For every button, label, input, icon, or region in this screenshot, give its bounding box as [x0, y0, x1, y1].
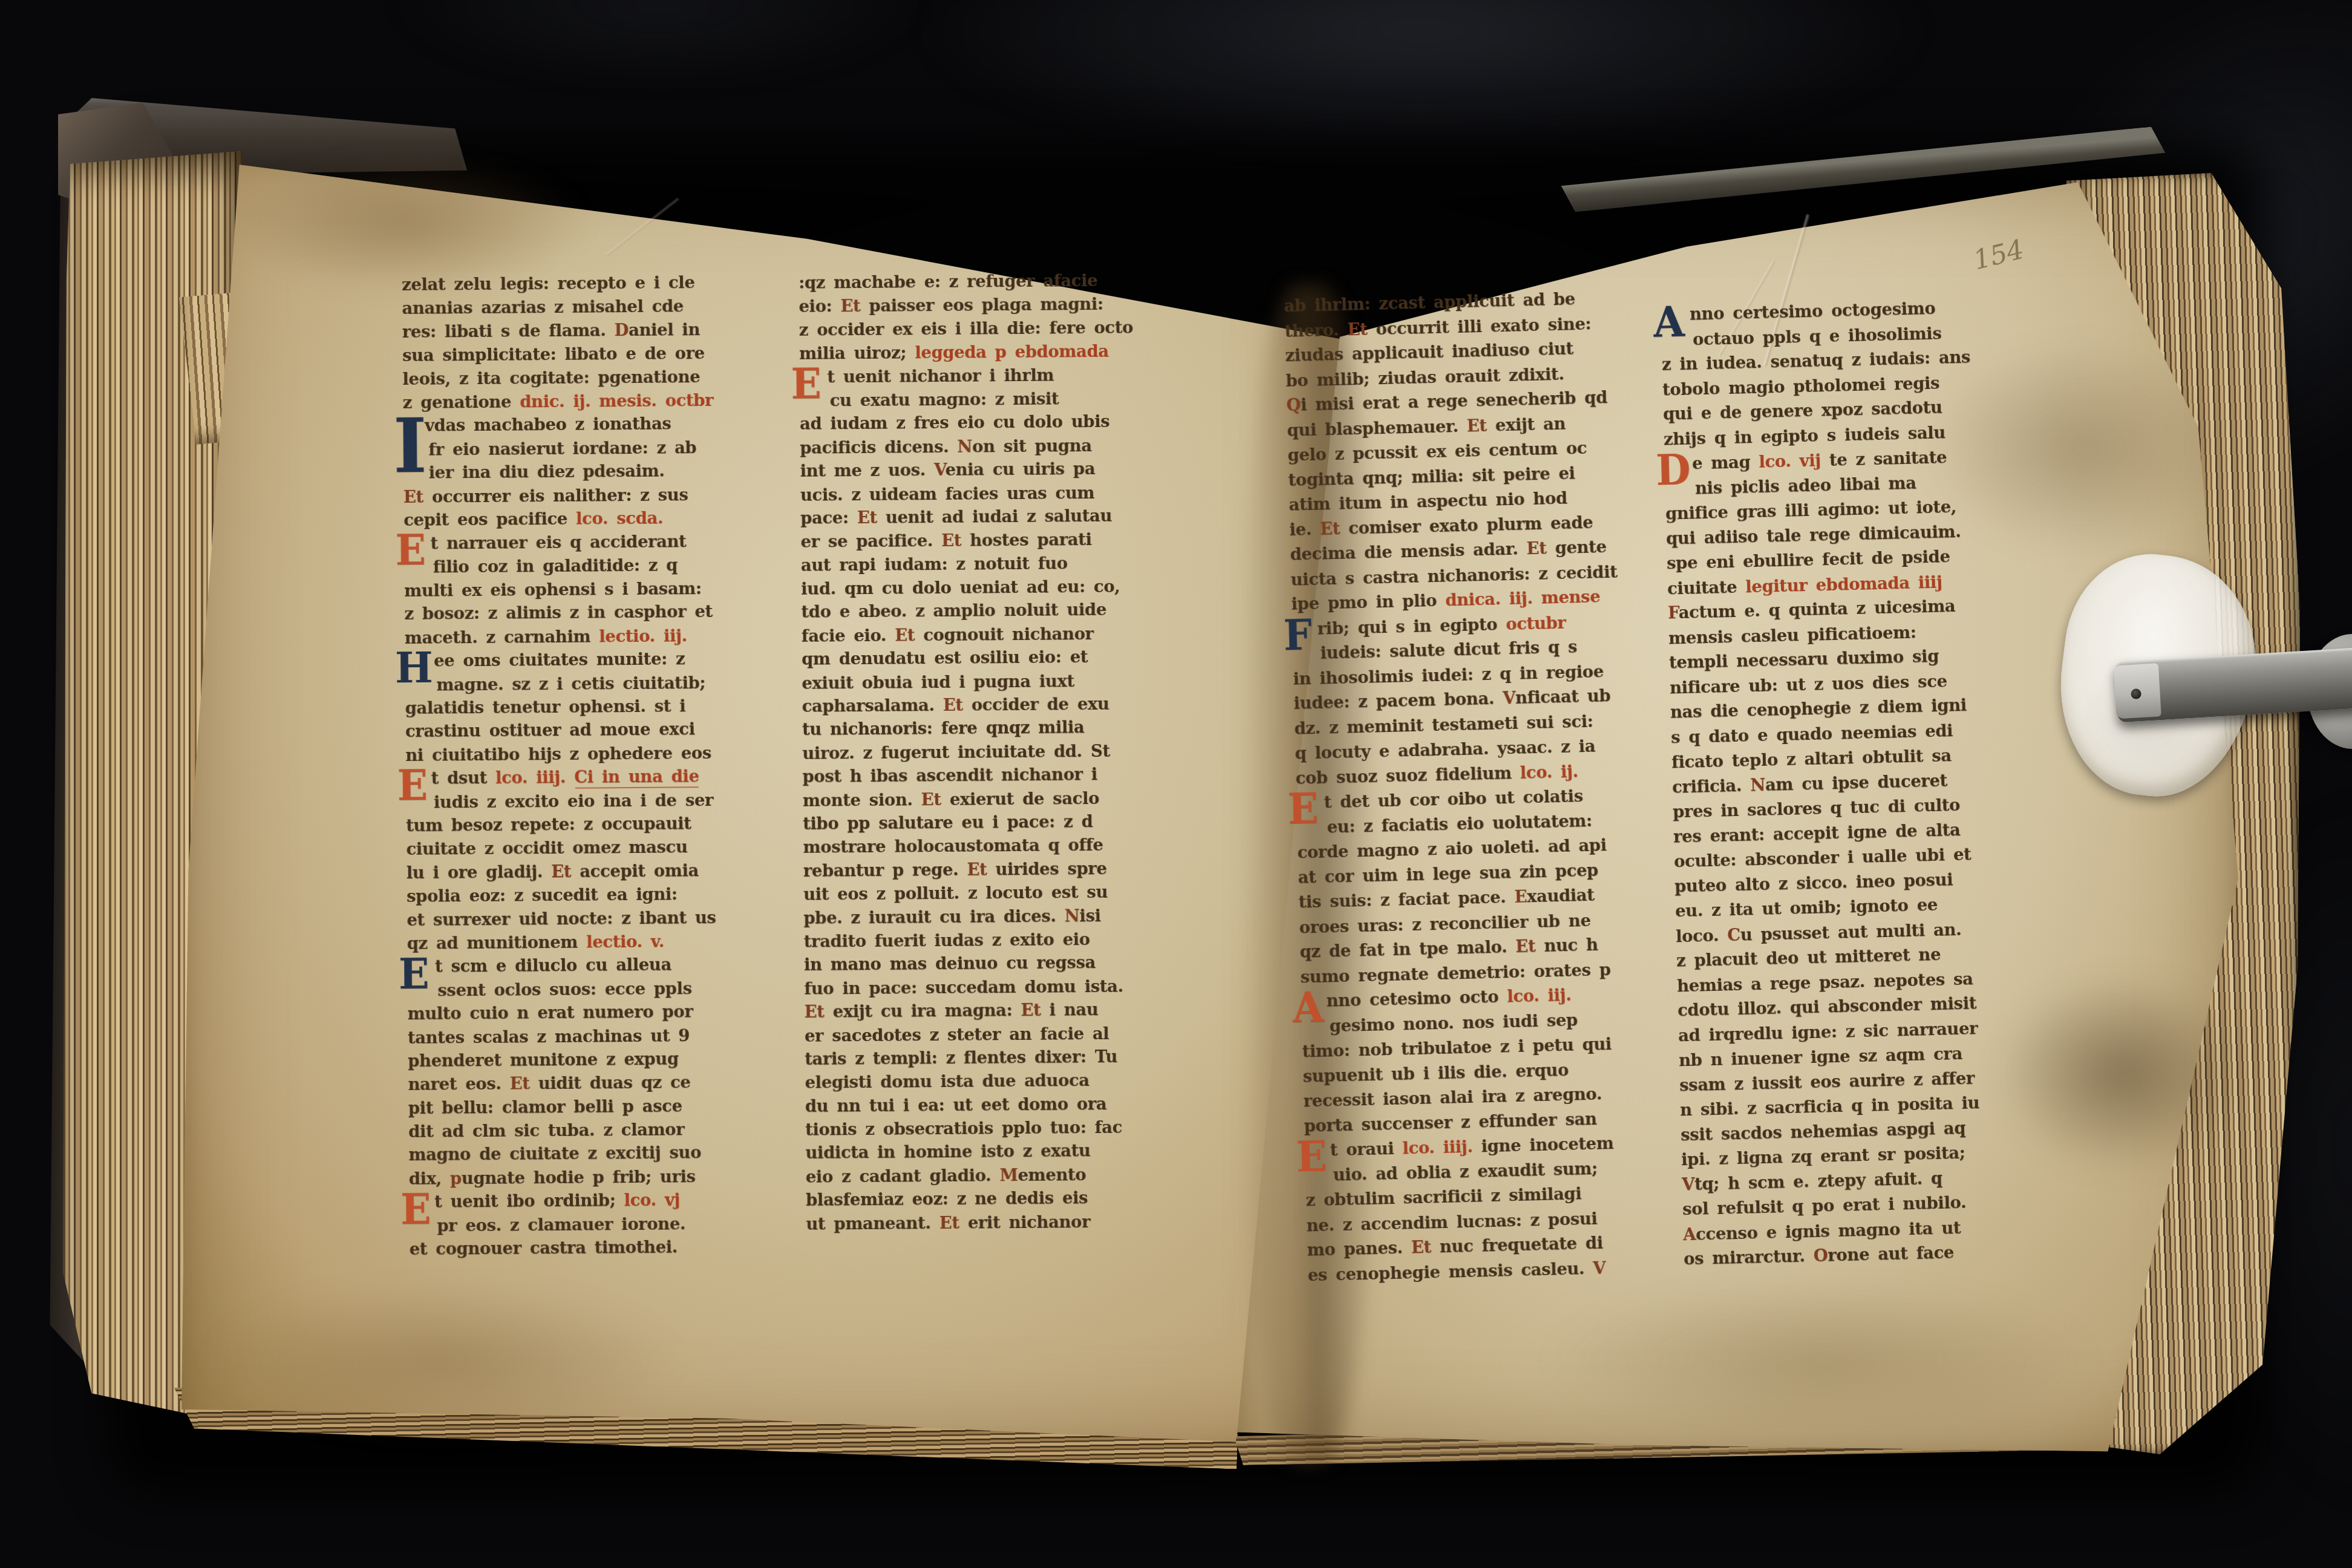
body-text: iudeis: salute dicut fris q s	[1320, 637, 1577, 664]
body-text: qm denudatu est osiliu eio: et	[802, 647, 1088, 669]
text-line: fuo in pace: succedam domu ista.	[804, 974, 1186, 1001]
body-text: exiuit obuia iud i pugna iuxt	[802, 670, 1074, 693]
text-line: filio coz in galaditide: z q	[404, 553, 794, 580]
text-line: spolia eoz: z sucedit ea igni:	[407, 882, 796, 909]
body-text: dz. z meminit testameti sui sci:	[1294, 711, 1593, 738]
text-line: tum besoz repete: z occupauit	[406, 811, 795, 838]
body-text: te z sanitate	[1820, 447, 1947, 470]
body-text: cognouit nichanor	[915, 623, 1094, 645]
body-text: rone aut face	[1828, 1243, 1954, 1266]
body-text: Et	[1411, 1237, 1431, 1258]
rubric-text: lco. vj	[624, 1190, 680, 1210]
body-text: post h ibas ascendit nichanor i	[802, 765, 1097, 787]
body-text: ficato teplo z altari obtulit sa	[1671, 745, 1952, 773]
body-text: t uenit ibo ordinib;	[434, 1191, 624, 1212]
illuminated-initial: H	[395, 647, 433, 689]
body-text: Et	[967, 860, 987, 880]
body-text: N	[1065, 906, 1080, 926]
body-text: M	[999, 1165, 1018, 1186]
body-text: ananias azarias z misahel cde	[402, 296, 684, 318]
body-text: uirides spre	[987, 858, 1106, 880]
body-text: Et	[840, 296, 860, 316]
body-text: nno certesimo octogesimo	[1690, 298, 1936, 324]
body-text: pit bellu: clamor belli p asce	[408, 1096, 682, 1119]
body-text: N	[1750, 774, 1766, 795]
text-line: ssent oclos suos: ecce ppls	[407, 976, 797, 1002]
body-text: tobolo magio ptholomei regis	[1662, 373, 1940, 399]
body-text: accepit omia	[571, 860, 699, 881]
rubric-text: octubr	[1506, 612, 1566, 634]
text-line: du nn tui i ea: ut eet domo ora	[805, 1092, 1187, 1119]
text-line: leois, z ita cogitate: pgenatione	[402, 364, 792, 391]
text-line: tdo e abeo. z amplio noluit uide	[801, 598, 1183, 624]
text-line: naret eos. Et uidit duas qz ce	[408, 1070, 797, 1097]
body-text: t narrauer eis q acciderant	[430, 531, 686, 554]
body-text: ipe pmo in plio	[1291, 590, 1445, 614]
text-line: er se pacifice. Et hostes parati	[800, 528, 1183, 554]
body-text: gelo z pcussit ex eis centum oc	[1287, 437, 1587, 465]
text-line: tradito fuerit iudas z exito eio	[804, 927, 1186, 954]
body-text: facie eio.	[802, 625, 895, 645]
body-text: tum besoz repete: z occupauit	[406, 814, 691, 836]
text-line: maceth. z carnahim lectio. iij.	[405, 623, 794, 650]
body-text: t dsut	[431, 768, 495, 788]
body-text: spe eni ebullire fecit de pside	[1667, 546, 1950, 573]
text-line: Et exijt cu ira magna: Et i nau	[804, 998, 1186, 1024]
text-line: blasfemiaz eoz: z ne dedis eis	[806, 1186, 1188, 1212]
text-line: sua simplicitate: libato e de ore	[402, 341, 792, 368]
body-text: z obtulim sacrificii z similagi	[1305, 1183, 1581, 1210]
body-text: occurrer eis nalither: z sus	[423, 484, 688, 506]
text-line: res: libati s de flama. Daniel in	[402, 318, 792, 344]
text-line: tibo pp salutare eu i pace: z d	[803, 809, 1185, 836]
body-text: ipi. z ligna zq erant sr posita;	[1681, 1143, 1965, 1170]
body-text: qz de fat in tpe malo.	[1299, 936, 1516, 962]
body-text: nificare ub: ut z uos dies sce	[1670, 671, 1947, 697]
body-text: pr eos. z clamauer iorone.	[437, 1214, 685, 1236]
body-text: tibo pp salutare eu i pace: z d	[803, 812, 1093, 834]
body-text: es cenophegie mensis casleu.	[1307, 1258, 1593, 1285]
body-text: rebantur p rege.	[803, 860, 967, 881]
text-line: ananias azarias z misahel cde	[402, 294, 791, 321]
body-text: rib; qui s in egipto	[1317, 613, 1506, 638]
body-text: octauo ppls q e ihosolimis	[1693, 323, 1942, 349]
body-text: toginta qnq; milia: sit peire ei	[1288, 463, 1575, 490]
text-line: elegisti domu ista due aduoca	[805, 1068, 1187, 1095]
text-line: t narrauer eis q acciderant	[403, 529, 793, 556]
text-column-left-1: zelat zelu legis: recepto e i cleananias…	[402, 270, 799, 1261]
text-line: mostrare holocaustomata q offe	[803, 833, 1185, 860]
body-text: p	[450, 1168, 462, 1188]
body-text: nb n inuener igne sz aqm cra	[1679, 1043, 1963, 1070]
body-text: ie.	[1289, 518, 1320, 540]
body-text: tantes scalas z machinas ut 9	[408, 1025, 690, 1048]
body-text: crificia.	[1672, 775, 1751, 797]
body-text: uidit duas qz ce	[529, 1073, 690, 1094]
body-text: C	[1727, 924, 1740, 945]
body-text: porta succenser z effunder san	[1304, 1109, 1597, 1136]
text-line: taris z templi: z flentes dixer: Tu	[805, 1045, 1187, 1071]
body-text: Et	[857, 508, 877, 528]
body-text: emento	[1018, 1165, 1086, 1185]
body-text: loco.	[1676, 925, 1728, 946]
rubric-text: lco. vij	[1759, 450, 1821, 472]
body-text: sua simplicitate: libato e de ore	[402, 343, 705, 365]
clip-hole	[2131, 688, 2141, 699]
body-text: aut rapi iudam: z notuit fuo	[801, 553, 1068, 575]
body-text: ne. z accendim lucnas: z posui	[1306, 1208, 1598, 1235]
body-text: uenit ad iudai z salutau	[877, 506, 1112, 528]
text-line: z bosoz: z alimis z in casphor et	[404, 599, 794, 626]
body-text	[566, 767, 574, 787]
illuminated-initial: E	[1287, 788, 1319, 830]
body-text: cu exatu magno: z misit	[830, 388, 1059, 410]
body-text: eu. z ita ut omib; ignoto ee	[1675, 895, 1938, 921]
text-line: ciuitate z occidit omez mascu	[406, 835, 795, 861]
body-text: ad irqredlu igne: z sic narrauer	[1678, 1018, 1978, 1045]
body-text: taris z templi: z flentes dixer: Tu	[805, 1047, 1117, 1069]
body-text: V	[1503, 688, 1516, 708]
body-text: ee oms ciuitates munite: z	[434, 649, 685, 671]
text-line: et cognouer castra timothei.	[410, 1235, 799, 1261]
text-line: uit eos z polluit. z locuto est su	[803, 880, 1186, 907]
text-line: post h ibas ascendit nichanor i	[802, 762, 1184, 789]
body-text: crastinu ostituer ad moue exci	[405, 719, 695, 742]
text-line: uiroz. z fugerut inciuitate dd. St	[802, 739, 1184, 766]
text-line: pit bellu: clamor belli p asce	[408, 1094, 798, 1120]
text-line: fr eio nasierut iordane: z ab	[403, 435, 792, 462]
body-text: tionis z obsecratiois pplo tuo: fac	[805, 1117, 1122, 1140]
body-text: phenderet munitone z expug	[408, 1049, 679, 1071]
rubric-text: lco. ij.	[1520, 761, 1578, 783]
body-text: gnifice gras illi agimo: ut iote,	[1665, 497, 1957, 524]
fabric-fold	[387, 0, 932, 85]
body-text: comiser exato plurm eade	[1339, 512, 1593, 538]
body-text: uiroz. z fugerut inciuitate dd. St	[802, 741, 1110, 763]
body-text: in mano mas deinuo cu regssa	[804, 953, 1096, 975]
body-text: monte sion.	[803, 789, 921, 811]
body-text: ni ciuitatibo hijs z ophedere eos	[405, 743, 711, 765]
body-text: Et	[895, 625, 915, 645]
body-text: ziudas applicauit inadiuso ciut	[1285, 339, 1573, 366]
body-text: filio coz in galaditide: z q	[433, 555, 678, 577]
body-text: V	[934, 460, 946, 480]
body-text: Et	[941, 531, 961, 551]
body-text: N	[957, 436, 972, 456]
text-line: exiuit obuia iud i pugna iuxt	[802, 668, 1184, 695]
body-text: os mirarctur.	[1684, 1246, 1814, 1269]
body-text: multi ex eis ophensi s i basam:	[404, 578, 702, 601]
rubric-text: lco. iiij.	[495, 768, 566, 788]
body-text: ab ihrlm: zcast applicuit ad be	[1284, 289, 1575, 316]
text-line: tantes scalas z machinas ut 9	[408, 1023, 797, 1050]
body-text: et surrexer uid nocte: z ibant us	[407, 907, 716, 930]
body-text: templi necessaru duximo sig	[1669, 646, 1939, 673]
body-text: t det ub cor oibo ut colatis	[1324, 786, 1583, 812]
body-text: ccenso e ignis magno ita ut	[1696, 1217, 1961, 1244]
rubric-text: Ci in una die	[574, 766, 699, 788]
body-text: hostes parati	[961, 529, 1092, 550]
text-line: vdas machabeo z ionathas	[403, 411, 792, 438]
body-text: ssam z iussit eos aurire z affer	[1679, 1068, 1975, 1095]
body-text: gesimo nono. nos iudi sep	[1329, 1010, 1578, 1036]
body-text: Et	[921, 789, 941, 810]
text-line: magno de ciuitate z excitij suo	[408, 1141, 798, 1168]
text-line: aut rapi iudam: z notuit fuo	[801, 551, 1183, 578]
body-text: A	[1683, 1224, 1696, 1244]
body-text: du nn tui i ea: ut eet domo ora	[805, 1094, 1107, 1116]
text-line: capharsalama. Et occider de exu	[802, 692, 1184, 719]
body-text: nuc h	[1535, 935, 1598, 956]
text-line: galatidis tenetur ophensi. st i	[405, 694, 794, 720]
body-text: mensis casleu pificatioem:	[1668, 622, 1916, 648]
text-line: z occider ex eis i illa die: fere octo	[799, 316, 1181, 342]
text-line: eio z cadant gladio. Memento	[806, 1163, 1188, 1189]
illuminated-initial: F	[1283, 614, 1312, 656]
body-text: naret eos.	[408, 1074, 509, 1095]
body-text: qui adiiso tale rege dimicauim.	[1666, 521, 1961, 549]
text-line: dix, pugnate hodie p frib; uris	[409, 1165, 799, 1191]
body-text: actum e. q quinta z uicesima	[1678, 596, 1955, 622]
body-text: ier ina diu diez pdesaim.	[428, 461, 664, 483]
body-text: ut pmaneant.	[806, 1213, 939, 1234]
illuminated-initial: D	[1655, 449, 1691, 491]
illuminated-initial: E	[1296, 1135, 1327, 1178]
body-text: tis suis: z faciat pace.	[1298, 887, 1515, 912]
body-text: nno cetesimo octo	[1326, 987, 1508, 1011]
body-text: tdo e abeo. z amplio noluit uide	[801, 599, 1106, 622]
fabric-fold	[907, 0, 1936, 157]
body-text: fuo in pace: succedam domu ista.	[804, 976, 1123, 998]
body-text: erit nichanor	[959, 1212, 1090, 1233]
body-text: gente	[1546, 537, 1607, 558]
body-text: exijt cu ira magna:	[824, 1001, 1021, 1022]
rubric-text: dnica. iij. mense	[1445, 586, 1601, 610]
rubric-text: lco. iij.	[1507, 985, 1572, 1007]
text-line: t uenit ibo ordinib; lco. vj	[409, 1187, 799, 1214]
body-text: Et	[804, 1002, 824, 1022]
illuminated-initial: E	[395, 529, 425, 571]
body-text: atim itum in aspectu nio hod	[1289, 488, 1567, 515]
text-line: cepit eos pacifice lco. scda.	[403, 506, 793, 532]
text-line: ad iudam z fres eio cu dolo ubis	[800, 410, 1182, 436]
body-text: zhijs q in egipto s iudeis salu	[1664, 422, 1946, 449]
body-text: ssent oclos suos: ecce ppls	[437, 978, 692, 1001]
illuminated-initial: E	[399, 953, 429, 995]
body-text: igne inocetem	[1472, 1133, 1614, 1157]
body-text: V	[1593, 1258, 1606, 1278]
body-text: i nau	[1040, 1000, 1098, 1021]
text-column-right-1: ab ihrlm: zcast applicuit ad bethero. Et…	[1284, 285, 1671, 1287]
body-text: exijt an	[1486, 413, 1566, 435]
body-text: eu: z faciatis eio uolutatem:	[1327, 811, 1592, 837]
rubric-text: lectio. v.	[586, 932, 664, 952]
body-text: Et	[1526, 538, 1547, 558]
body-text: t oraui	[1330, 1138, 1403, 1160]
body-text: F	[1668, 603, 1679, 623]
body-text: magno de ciuitate z excitij suo	[408, 1143, 701, 1165]
body-text: zelat zelu legis: recepto e i cle	[402, 272, 695, 295]
body-text: magne. sz z i cetis ciuitatib;	[436, 672, 705, 694]
text-column-left-2: :qz machabe e: z refuger afacieeio: Et p…	[799, 269, 1189, 1236]
body-text: iudis z excito eio ina i de ser	[434, 790, 713, 812]
text-line: z genatione dnic. ij. mesis. octbr	[403, 388, 792, 414]
rubric-text: dnic. ij. mesis. octbr	[520, 390, 713, 411]
body-text: on sit pugna	[972, 435, 1092, 456]
body-text: spolia eoz: z sucedit ea igni:	[407, 884, 678, 907]
body-text: qui blasphemauer.	[1287, 416, 1467, 440]
body-text: pace:	[800, 508, 857, 528]
text-line: qm denudatu est osiliu eio: et	[802, 645, 1184, 671]
body-text: mo panes.	[1307, 1237, 1411, 1259]
text-line: multi ex eis ophensi s i basam:	[404, 576, 794, 603]
body-text: xaudiat	[1527, 885, 1595, 907]
body-text: ucis. z uideam facies uras cum	[800, 482, 1094, 505]
body-text: lu i ore gladij.	[407, 861, 552, 883]
text-line: er sacedotes z steter an facie al	[805, 1021, 1187, 1048]
text-line: magne. sz z i cetis ciuitatib;	[405, 670, 794, 697]
body-text: galatidis tenetur ophensi. st i	[405, 696, 686, 718]
body-text: Et	[1320, 518, 1341, 539]
body-text: z bosoz: z alimis z in casphor et	[404, 601, 713, 624]
text-line: lu i ore gladij. Et accepit omia	[407, 858, 796, 885]
illuminated-initial: A	[1653, 301, 1685, 344]
body-text: Et	[943, 695, 963, 716]
text-line: eio: Et paisser eos plaga magni:	[799, 292, 1181, 319]
body-text: Et	[1347, 319, 1368, 339]
body-text: uit eos z polluit. z locuto est su	[803, 882, 1108, 904]
body-text: vdas machabeo z ionathas	[425, 414, 671, 436]
text-line: facie eio. Et cognouit nichanor	[802, 621, 1184, 648]
body-text: nficaat ub	[1515, 685, 1611, 708]
text-line: pacificis dicens. Non sit pugna	[800, 433, 1182, 460]
rubric-text: lco. iiij.	[1402, 1137, 1473, 1158]
rubric-text: lco. scda.	[576, 508, 663, 529]
body-text: Et	[939, 1212, 959, 1233]
body-text: elegisti domu ista due aduoca	[805, 1070, 1089, 1093]
body-text: cepit eos pacifice	[403, 509, 576, 531]
body-text: decima die mensis adar.	[1290, 538, 1527, 564]
body-text: occider de exu	[963, 694, 1109, 715]
body-text: Q	[1286, 395, 1301, 416]
photograph: 154 zelat zelu legis: recepto e i cleana…	[0, 0, 2352, 1568]
illuminated-initial: A	[1292, 987, 1324, 1029]
body-text: e mag	[1692, 451, 1759, 473]
body-text: q locuty e adabraha. ysaac. z ia	[1295, 736, 1595, 763]
body-text: s q dato e quado neemias edi	[1671, 720, 1953, 748]
body-text: pacificis dicens.	[800, 436, 957, 457]
text-line: ucis. z uideam facies uras cum	[800, 480, 1183, 507]
metal-clip-tip	[2114, 663, 2161, 719]
body-text: tu nichanoris: fere qnqz milia	[802, 717, 1085, 740]
body-text: eio:	[799, 296, 840, 316]
body-text: t scm e diluclo cu alleua	[435, 955, 671, 976]
body-text: er sacedotes z steter an facie al	[805, 1023, 1109, 1045]
body-text: iud. qm cu dolo ueniat ad eu: co,	[801, 576, 1120, 598]
body-text: et cognouer castra timothei.	[410, 1237, 678, 1259]
body-text: thero.	[1284, 319, 1348, 341]
text-line: tionis z obsecratiois pplo tuo: fac	[805, 1116, 1187, 1142]
text-line: milia uiroz; leggeda p ebdomada	[799, 339, 1181, 366]
body-text: qui e de genere xpoz sacdotu	[1663, 397, 1942, 425]
body-text: uio. ad oblia z exaudit sum;	[1333, 1158, 1598, 1185]
text-column-right-2: nno certesimo octogesimooctauo ppls q e …	[1661, 294, 2056, 1272]
text-line: int me z uos. Venia cu uiris pa	[800, 457, 1182, 483]
body-text: oroes uras: z reconcilier ub ne	[1299, 910, 1591, 937]
body-text: oculte: absconder i ualle ubi et	[1674, 844, 1971, 871]
body-text: er se pacifice.	[800, 531, 941, 552]
body-text: isi	[1079, 906, 1100, 926]
body-text: ciuitate z occidit omez mascu	[406, 837, 687, 860]
text-line: pr eos. z clamauer iorone.	[409, 1211, 799, 1238]
rubric-text: lectio. iij.	[599, 626, 687, 646]
text-line: t dsut lco. iiij. Ci in una die	[405, 765, 795, 791]
body-text: supuenit ub i ilis die. erquo	[1302, 1059, 1569, 1086]
body-text: aniel in	[629, 319, 700, 340]
text-line: zelat zelu legis: recepto e i cle	[402, 270, 791, 297]
illuminated-initial: I	[393, 410, 427, 484]
text-line: monte sion. Et exierut de saclo	[803, 786, 1185, 812]
text-line: rebantur p rege. Et uirides spre	[803, 857, 1186, 883]
text-line: tu nichanoris: fere qnqz milia	[802, 716, 1184, 742]
body-text: Et	[510, 1074, 530, 1094]
body-text: hemias a rege psaz. nepotes sa	[1677, 969, 1973, 996]
text-line: qz ad munitionem lectio. v.	[407, 929, 797, 956]
text-line: t uenit nichanor i ihrlm	[799, 362, 1181, 389]
body-text: multo cuio n erat numero por	[407, 1002, 693, 1024]
text-line: uidicta in homine isto z exatu	[805, 1139, 1187, 1166]
text-line: iud. qm cu dolo ueniat ad eu: co,	[801, 574, 1183, 601]
text-line: t scm e diluclo cu alleua	[407, 953, 797, 979]
body-text: enia cu uiris pa	[945, 459, 1095, 480]
body-text: Et	[1515, 936, 1536, 956]
body-text: iudee: z pacem bona.	[1293, 688, 1503, 714]
body-text: paisser eos plaga magni:	[860, 294, 1103, 316]
text-line: cu exatu magno: z misit	[800, 386, 1182, 413]
body-text: pres in saclores q tuc di culto	[1673, 795, 1961, 822]
body-text: V	[1682, 1174, 1695, 1195]
body-text: uidicta in homine isto z exatu	[805, 1141, 1090, 1163]
body-text: cob suoz suoz fidelium	[1295, 762, 1520, 788]
body-text: leois, z ita cogitate: pgenatione	[402, 367, 700, 389]
text-line: :qz machabe e: z refuger afacie	[799, 269, 1181, 295]
body-text: res: libati s de flama.	[402, 320, 615, 342]
body-text: Et	[1466, 415, 1487, 436]
text-line: dit ad clm sic tuba. z clamor	[408, 1117, 798, 1144]
text-line: in mano mas deinuo cu regssa	[804, 951, 1186, 978]
body-text: qz ad munitionem	[407, 932, 587, 954]
body-text: at cor uim in lege sua zin pcep	[1298, 860, 1598, 887]
body-text: nas die cenophegie z diem igni	[1670, 695, 1967, 722]
body-text: cdotu illoz. qui absconder misit	[1677, 993, 1977, 1021]
rubric-text: leggeda p ebdomada	[915, 341, 1109, 363]
body-text: Et	[551, 861, 571, 882]
rubric-text: legitur ebdomada iiij	[1745, 572, 1942, 596]
body-text: ugnate hodie p frib; uris	[462, 1166, 696, 1188]
text-line: phenderet munitone z expug	[408, 1047, 797, 1073]
body-text: bo milib; ziudas orauit zdixit.	[1285, 364, 1564, 391]
body-text: blasfemiaz eoz: z ne dedis eis	[806, 1188, 1088, 1210]
illuminated-initial: E	[400, 1188, 431, 1230]
body-text: eio z cadant gladio.	[806, 1165, 1000, 1187]
body-text: int me z uos.	[800, 460, 934, 481]
body-text: exierut de saclo	[941, 788, 1099, 809]
body-text: dit ad clm sic tuba. z clamor	[408, 1119, 684, 1142]
body-text: maceth. z carnahim	[405, 626, 599, 648]
body-text: z placuit deo ut mitteret ne	[1676, 944, 1941, 971]
text-line: pbe. z iurauit cu ira dices. Nisi	[803, 904, 1186, 930]
body-text: D	[614, 320, 629, 340]
